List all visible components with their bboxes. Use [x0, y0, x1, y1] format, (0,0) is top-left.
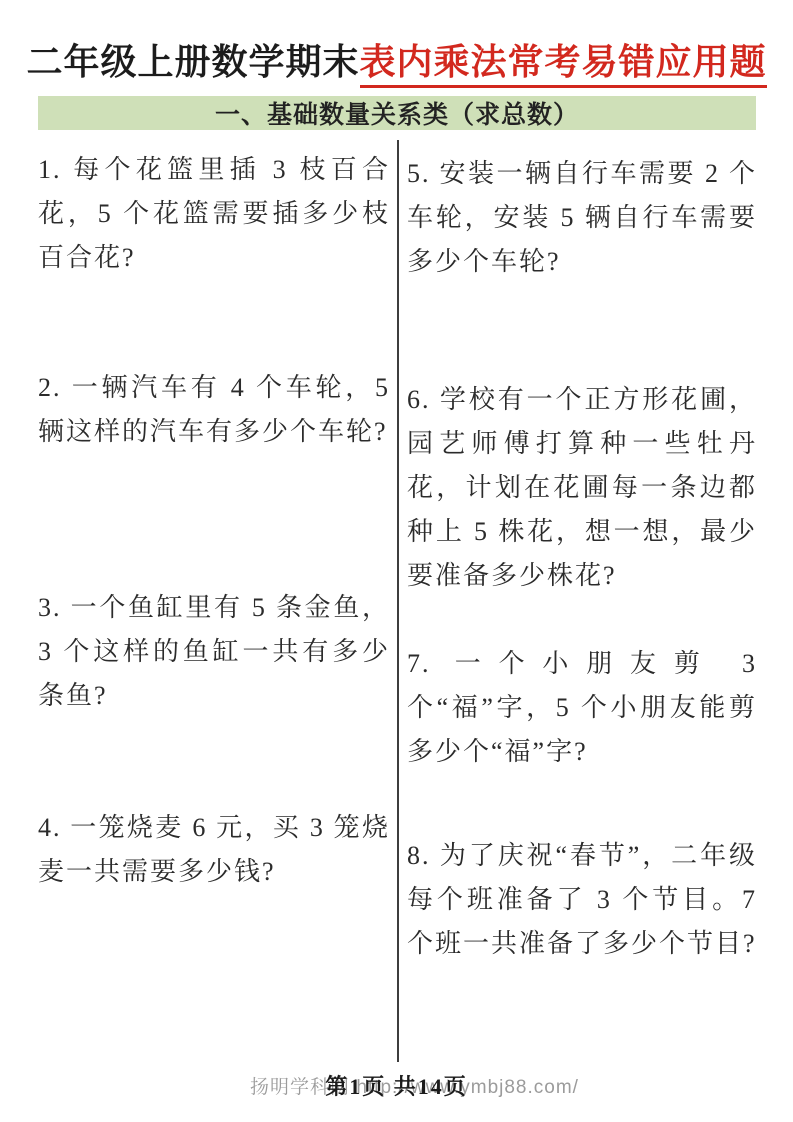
problems-area: 1. 每个花篮里插 3 枝百合花，5 个花篮需要插多少枝百合花? 2. 一辆汽车… — [0, 140, 793, 1062]
problem-7: 7. 一个小朋友剪 3 个“福”字，5 个小朋友能剪多少个“福”字? — [407, 642, 757, 774]
worksheet-page: 二年级上册数学期末表内乘法常考易错应用题 一、基础数量关系类（求总数） 1. 每… — [0, 0, 793, 1122]
problem-1: 1. 每个花篮里插 3 枝百合花，5 个花篮需要插多少枝百合花? — [38, 148, 390, 280]
problem-3: 3. 一个鱼缸里有 5 条金鱼，3 个这样的鱼缸一共有多少条鱼? — [38, 586, 390, 718]
title-black-part: 二年级上册数学期末 — [26, 42, 359, 82]
page-title: 二年级上册数学期末表内乘法常考易错应用题 — [0, 34, 793, 85]
problem-6: 6. 学校有一个正方形花圃，园艺师傅打算种一些牡丹花，计划在花圃每一条边都种上 … — [407, 378, 757, 598]
page-number-label: 第1页 共14页 — [325, 1070, 468, 1101]
problem-8: 8. 为了庆祝“春节”，二年级每个班准备了 3 个节目。7 个班一共准备了多少个… — [407, 834, 757, 966]
footer: 扬明学科网 http://www.ymbj88.com/ 第1页 共14页 — [0, 1068, 793, 1098]
section-heading-banner: 一、基础数量关系类（求总数） — [38, 96, 756, 130]
column-divider — [397, 140, 399, 1062]
title-red-part: 表内乘法常考易错应用题 — [360, 42, 767, 88]
problem-4: 4. 一笼烧麦 6 元，买 3 笼烧麦一共需要多少钱? — [38, 806, 390, 894]
problem-2: 2. 一辆汽车有 4 个车轮，5 辆这样的汽车有多少个车轮? — [38, 366, 390, 454]
problem-5: 5. 安装一辆自行车需要 2 个车轮，安装 5 辆自行车需要多少个车轮? — [407, 152, 757, 284]
